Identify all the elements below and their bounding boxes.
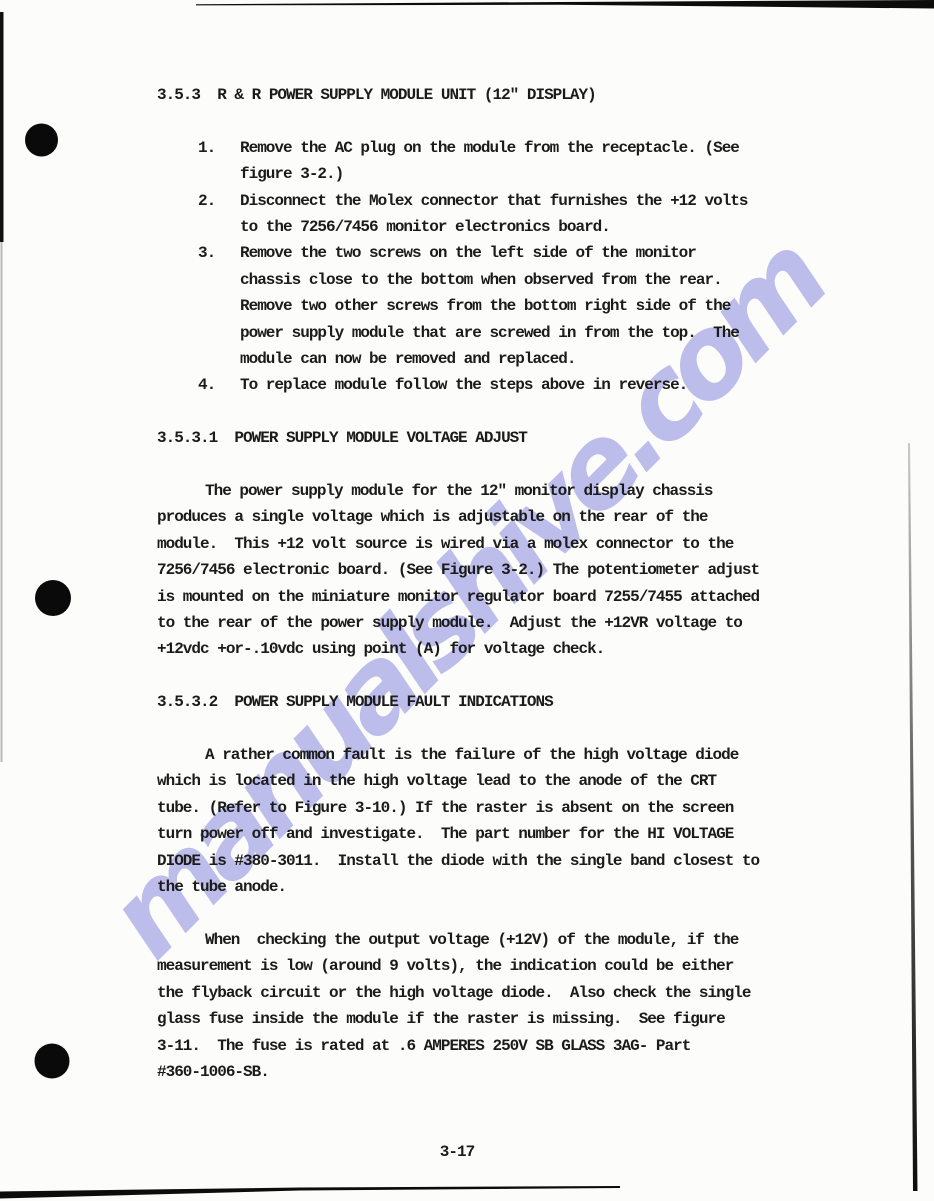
scanned-manual-page: manualshive.com 3.5.3 R & R POWER SUPPLY… [0,0,934,1201]
text-line: #360-1006-SB. [157,1059,797,1085]
text-line: which is located in the high voltage lea… [157,768,797,794]
text-line: Remove two other screws from the bottom … [240,293,797,319]
text-line: the flyback circuit or the high voltage … [157,980,797,1006]
fault-indications-paragraph-2: When checking the output voltage (+12V) … [157,927,797,1085]
text-line: module. This +12 volt source is wired vi… [157,531,797,557]
left-edge-shadow [0,12,4,242]
text-line: +12vdc +or-.10vdc using point (A) for vo… [157,636,797,662]
text-line: measurement is low (around 9 volts), the… [157,953,797,979]
text-line: the tube anode. [157,874,797,900]
section-heading-3-5-3: 3.5.3 R & R POWER SUPPLY MODULE UNIT (12… [157,82,797,108]
text-line: Disconnect the Molex connector that furn… [240,188,797,214]
list-item-number: 2. [198,188,240,241]
list-item: 2. Disconnect the Molex connector that f… [157,188,797,241]
text-line: chassis close to the bottom when observe… [240,267,797,293]
list-item-text: To replace module follow the steps above… [240,372,797,398]
list-item-number: 1. [198,135,240,188]
text-line: turn power off and investigate. The part… [157,821,797,847]
list-item: 4. To replace module follow the steps ab… [157,372,797,398]
list-item-number: 4. [198,372,240,398]
text-line: glass fuse inside the module if the rast… [157,1006,797,1032]
page-content: 3.5.3 R & R POWER SUPPLY MODULE UNIT (12… [157,0,797,1085]
section-heading-3-5-3-2: 3.5.3.2 POWER SUPPLY MODULE FAULT INDICA… [157,689,797,715]
bottom-edge-shadow [0,1186,620,1199]
text-line: module can now be removed and replaced. [240,346,797,372]
text-line: 7256/7456 electronic board. (See Figure … [157,557,797,583]
punch-hole-mark-middle [35,580,71,616]
text-line: To replace module follow the steps above… [240,372,797,398]
list-item-number: 3. [198,240,240,372]
fault-indications-paragraph-1: A rather common fault is the failure of … [157,742,797,900]
list-item-text: Disconnect the Molex connector that furn… [240,188,797,241]
list-item: 3. Remove the two screws on the left sid… [157,240,797,372]
section-heading-3-5-3-1: 3.5.3.1 POWER SUPPLY MODULE VOLTAGE ADJU… [157,425,797,451]
text-line: DIODE is #380-3011. Install the diode wi… [157,848,797,874]
text-line: produces a single voltage which is adjus… [157,504,797,530]
list-item-text: Remove the two screws on the left side o… [240,240,797,372]
text-line: The power supply module for the 12" moni… [157,478,797,504]
text-line: is mounted on the miniature monitor regu… [157,584,797,610]
text-line: A rather common fault is the failure of … [157,742,797,768]
text-line: Remove the AC plug on the module from th… [240,135,797,161]
punch-hole-mark-top [25,124,58,157]
voltage-adjust-paragraph: The power supply module for the 12" moni… [157,478,797,663]
text-line: to the rear of the power supply module. … [157,610,797,636]
list-item-text: Remove the AC plug on the module from th… [240,135,797,188]
list-item: 1. Remove the AC plug on the module from… [157,135,797,188]
left-edge-shadow-faint [1,242,3,762]
text-line: tube. (Refer to Figure 3-10.) If the ras… [157,795,797,821]
punch-hole-mark-bottom [35,1044,70,1079]
text-line: Remove the two screws on the left side o… [240,240,797,266]
text-line: 3-11. The fuse is rated at .6 AMPERES 25… [157,1033,797,1059]
right-edge-shadow [908,443,918,1191]
text-line: power supply module that are screwed in … [240,320,797,346]
text-line: When checking the output voltage (+12V) … [157,927,797,953]
removal-steps-list: 1. Remove the AC plug on the module from… [157,135,797,399]
text-line: to the 7256/7456 monitor electronics boa… [240,214,797,240]
page-number: 3-17 [0,1139,914,1165]
text-line: figure 3-2.) [240,161,797,187]
